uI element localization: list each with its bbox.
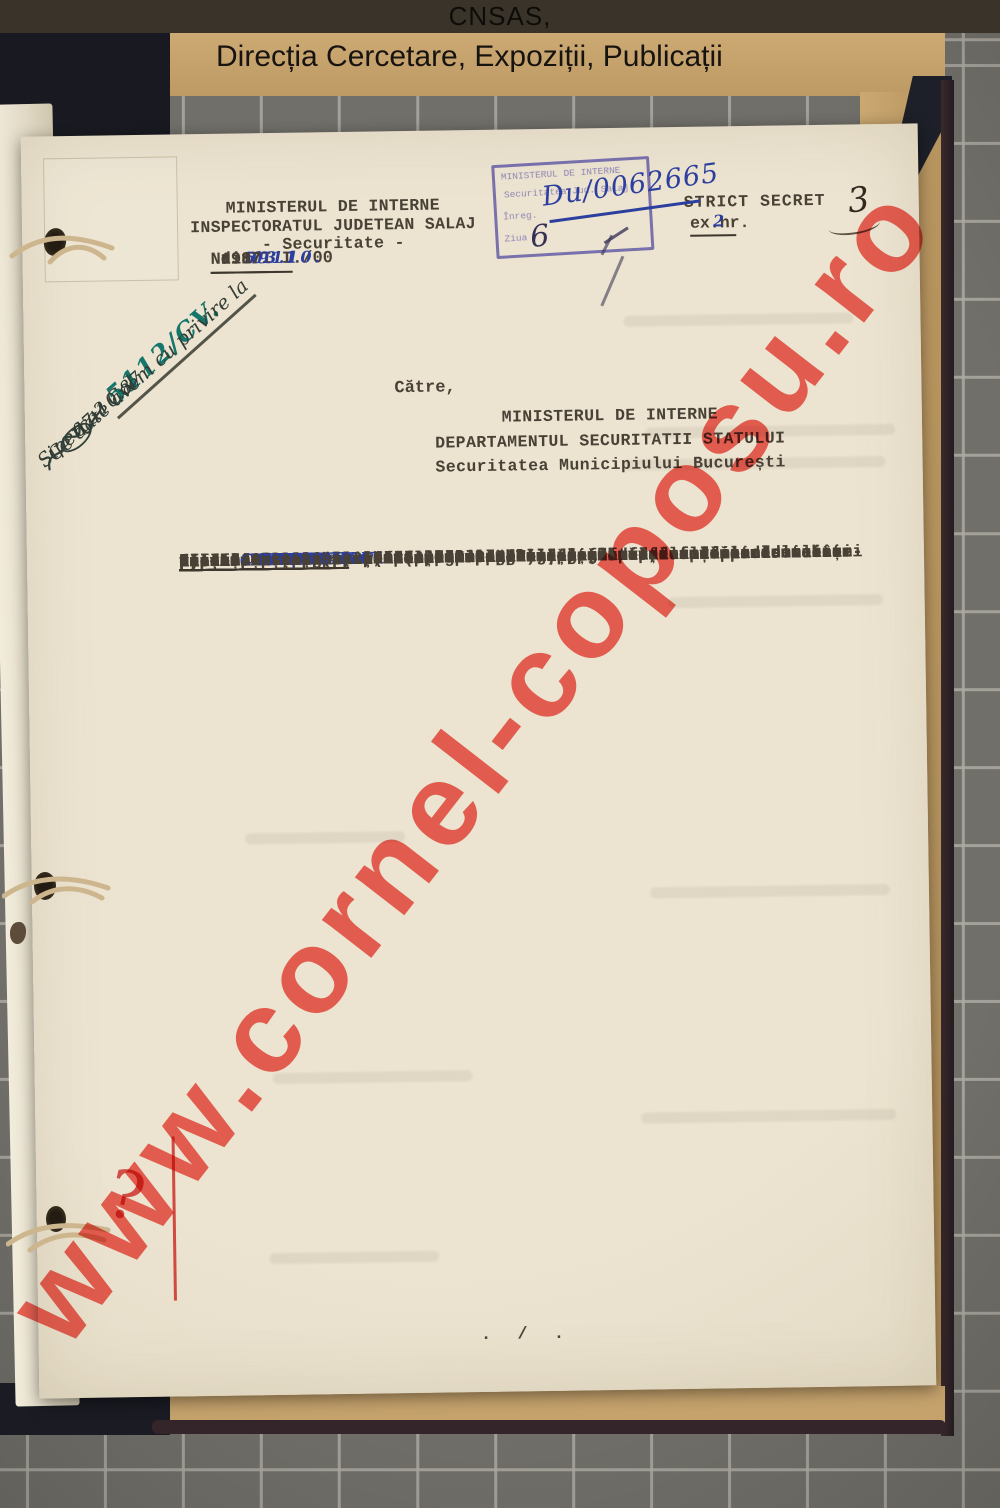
direction-caption: Direcția Cercetare, Expoziții, Publicați… (216, 40, 723, 74)
bleed-through-text (641, 1109, 896, 1124)
twine-string (8, 218, 118, 278)
classification-label: STRICT SECRET (684, 191, 826, 212)
document-body-text: Vă comunicăm următoarele: Sursa noastră … (179, 537, 921, 548)
bleed-through-text (650, 884, 890, 899)
page-continuation-mark: . / . (376, 1323, 676, 1346)
ref-year: 1987 (210, 250, 261, 270)
binder-spine-right (941, 80, 954, 1436)
bleed-through-text (269, 1251, 439, 1265)
copy-number-blank: 2 (690, 213, 736, 237)
folder-edge-top: Direcția Cercetare, Expoziții, Publicați… (170, 33, 945, 96)
ref-date-handwritten: 03.10. (251, 247, 322, 267)
stamp-line4: Ziua (504, 232, 527, 244)
green-note-date: 07.10.87 (68, 367, 148, 441)
letterhead: MINISTERUL DE INTERNE INSPECTORATUL JUDE… (153, 195, 514, 256)
salutation: Către, (394, 378, 455, 398)
stamp-pen-stroke (600, 256, 624, 307)
typed-text: tutela Germaniei încă din 1941. (179, 544, 496, 578)
binder-edge-bottom (152, 1420, 946, 1434)
photo-top-band: CNSAS, (0, 0, 1000, 33)
cnsas-caption: CNSAS, (0, 1, 1000, 32)
stamp-day-handwritten: 6 (528, 218, 551, 255)
archive-document-photo: CNSAS, Direcția Cercetare, Expoziții, Pu… (0, 0, 1000, 1508)
bleed-through-text (668, 594, 883, 608)
twine-string (2, 862, 112, 918)
copy-number-handwritten: 2 (713, 211, 727, 230)
